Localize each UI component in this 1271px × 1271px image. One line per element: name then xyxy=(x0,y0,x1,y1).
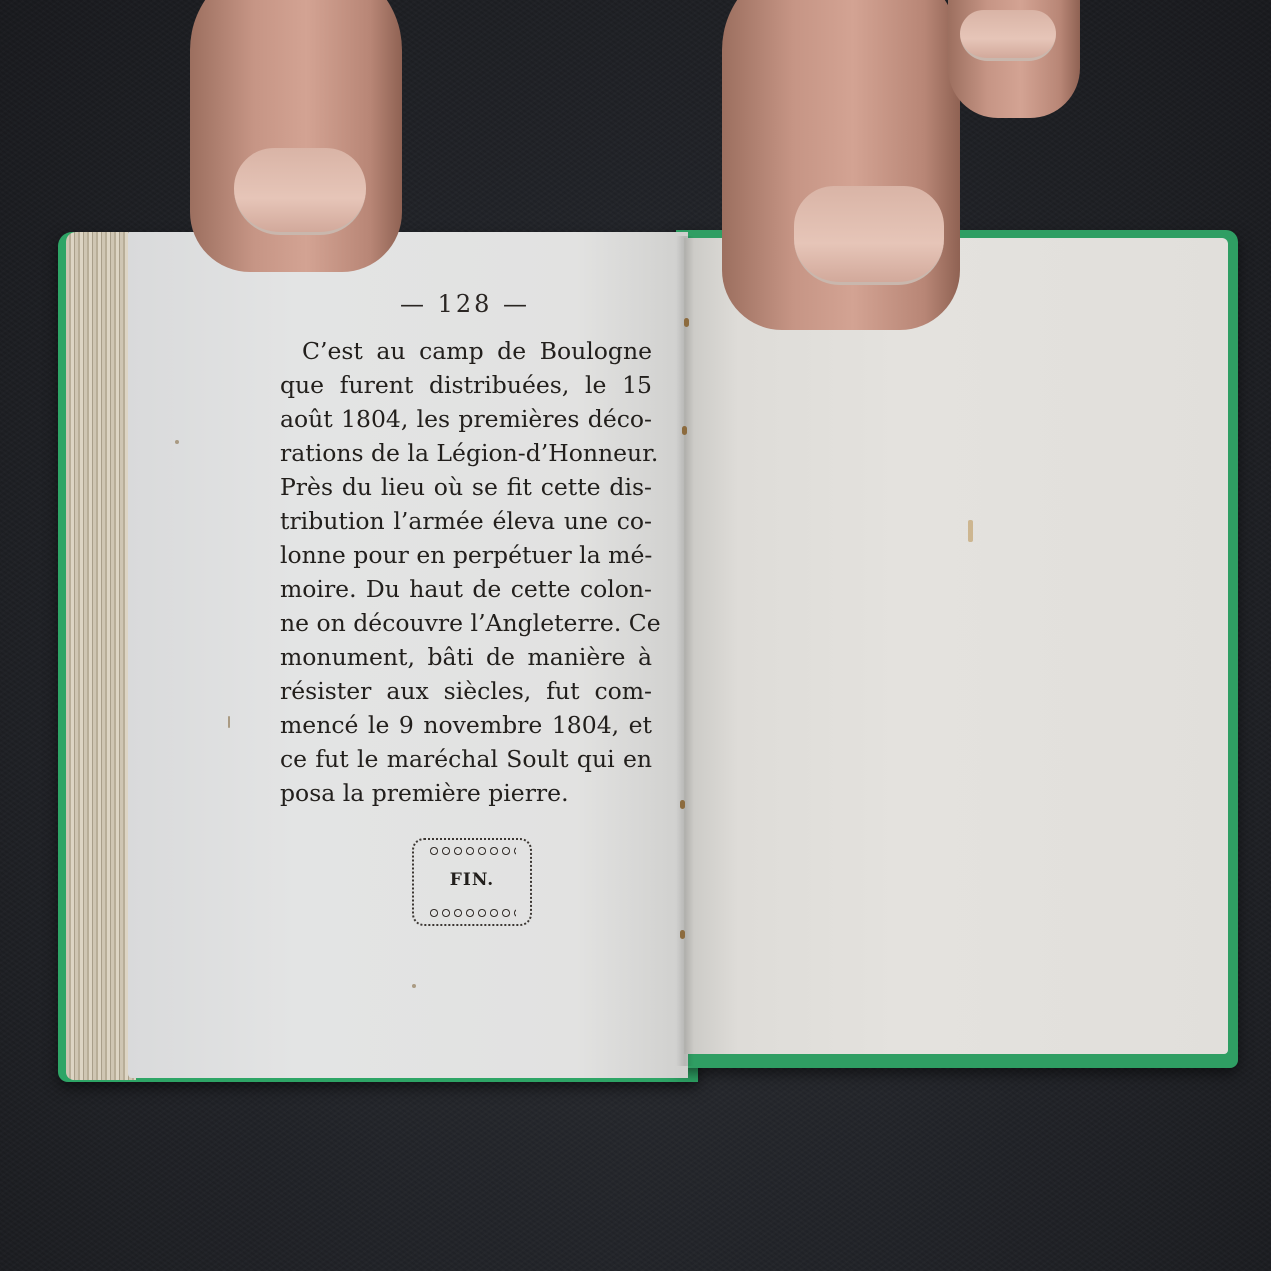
left-finger xyxy=(190,0,402,272)
text-line: ce fut le maréchal Soult qui en xyxy=(280,742,652,776)
text-line: Près du lieu où se fit cette dis- xyxy=(280,470,652,504)
left-fingernail xyxy=(234,148,366,235)
right-finger xyxy=(722,0,960,330)
paper-speck xyxy=(412,984,416,988)
text-line: monument, bâti de manière à xyxy=(280,640,652,674)
binding-stitch xyxy=(680,930,685,939)
text-line: ne on découvre l’Angleterre. Ce xyxy=(280,606,652,640)
text-line: que furent distribuées, le 15 xyxy=(280,368,652,402)
text-line: tribution l’armée éleva une co- xyxy=(280,504,652,538)
text-line: rations de la Légion-d’Honneur. xyxy=(280,436,652,470)
text-line: mencé le 9 novembre 1804, et xyxy=(280,708,652,742)
text-line: résister aux siècles, fut com- xyxy=(280,674,652,708)
body-text: C’est au camp de Boulogne que furent dis… xyxy=(280,334,652,810)
paper-stain xyxy=(968,520,973,542)
text-line: lonne pour en perpétuer la mé- xyxy=(280,538,652,572)
book-gutter xyxy=(676,236,694,1066)
page-number: — 128 — xyxy=(280,290,650,318)
third-finger xyxy=(948,0,1080,118)
page-block-edges xyxy=(66,232,136,1080)
text-line: posa la première pierre. xyxy=(280,776,652,810)
text-line: C’est au camp de Boulogne xyxy=(280,334,652,368)
binding-stitch xyxy=(680,800,685,809)
right-fingernail xyxy=(794,186,944,285)
binding-stitch xyxy=(682,426,687,435)
third-fingernail xyxy=(960,10,1056,61)
paper-speck xyxy=(175,440,179,444)
fin-ornament-frame: FIN. xyxy=(412,838,532,926)
text-line: moire. Du haut de cette colon- xyxy=(280,572,652,606)
fin-label: FIN. xyxy=(414,870,530,890)
paper-speck xyxy=(228,716,230,728)
binding-stitch xyxy=(684,318,689,327)
text-line: août 1804, les premières déco- xyxy=(280,402,652,436)
right-page-blank xyxy=(684,238,1228,1054)
